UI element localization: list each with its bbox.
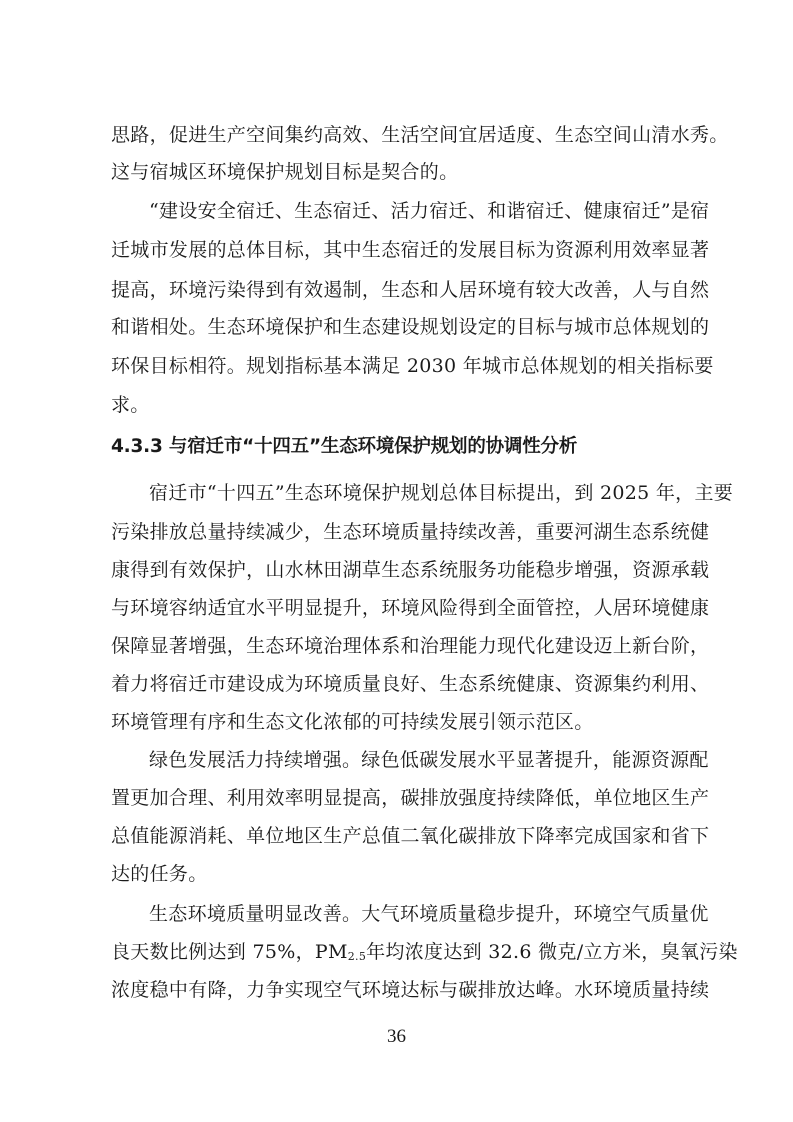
paragraph-line: 着力将宿迁市建设成为环境质量良好、生态系统健康、资源集约利用、	[111, 672, 687, 696]
paragraph-line: 置更加合理、利用效率明显提高，碳排放强度持续降低，单位地区生产	[111, 786, 687, 810]
line-text: 年均浓度达到 32.6 微克/立方米，臭氧污染	[366, 941, 738, 963]
paragraph-line: 这与宿城区环境保护规划目标是契合的。	[111, 160, 687, 184]
paragraph-line: 提高，环境污染得到有效遏制，生态和人居环境有较大改善，人与自然	[111, 278, 687, 302]
paragraph-line: 污染排放总量持续减少，生态环境质量持续改善，重要河湖生态系统健	[111, 520, 687, 544]
paragraph-line: 康得到有效保护，山水林田湖草生态系统服务功能稳步增强，资源承载	[111, 558, 687, 582]
paragraph-line: 绿色发展活力持续增强。绿色低碳发展水平显著提升，能源资源配	[149, 748, 687, 772]
paragraph-line: 生态环境质量明显改善。大气环境质量稳步提升，环境空气质量优	[149, 902, 687, 926]
line-text: 良天数比例达到 75%，PM	[111, 941, 348, 963]
paragraph-line: 宿迁市“十四五”生态环境保护规划总体目标提出，到 2025 年，主要	[149, 481, 687, 505]
paragraph-line-pm25: 良天数比例达到 75%，PM2.5年均浓度达到 32.6 微克/立方米，臭氧污染	[111, 940, 687, 964]
paragraph-line: 与环境容纳适宜水平明显提升，环境风险得到全面管控，人居环境健康	[111, 596, 687, 620]
paragraph-line: 和谐相处。生态环境保护和生态建设规划设定的目标与城市总体规划的	[111, 315, 687, 339]
paragraph-line: 迁城市发展的总体目标，其中生态宿迁的发展目标为资源利用效率显著	[111, 238, 687, 262]
paragraph-line: “建设安全宿迁、生态宿迁、活力宿迁、和谐宿迁、健康宿迁”是宿	[149, 199, 687, 223]
paragraph-line: 思路，促进生产空间集约高效、生活空间宜居适度、生态空间山清水秀。	[111, 123, 687, 147]
paragraph-line: 求。	[111, 393, 687, 417]
pm-subscript: 2.5	[348, 950, 366, 963]
page-number: 36	[0, 1026, 793, 1048]
paragraph-line: 环保目标相符。规划指标基本满足 2030 年城市总体规划的相关指标要	[111, 354, 687, 378]
paragraph-line: 总值能源消耗、单位地区生产总值二氧化碳排放下降率完成国家和省下	[111, 824, 687, 848]
section-heading: 4.3.3 与宿迁市“十四五”生态环境保护规划的协调性分析	[111, 435, 577, 459]
paragraph-line: 环境管理有序和生态文化浓郁的可持续发展引领示范区。	[111, 710, 687, 734]
paragraph-line: 达的任务。	[111, 862, 687, 886]
document-page: 思路，促进生产空间集约高效、生活空间宜居适度、生态空间山清水秀。 这与宿城区环境…	[0, 0, 793, 1122]
paragraph-line: 保障显著增强，生态环境治理体系和治理能力现代化建设迈上新台阶，	[111, 634, 687, 658]
paragraph-line: 浓度稳中有降，力争实现空气环境达标与碳排放达峰。水环境质量持续	[111, 978, 687, 1002]
